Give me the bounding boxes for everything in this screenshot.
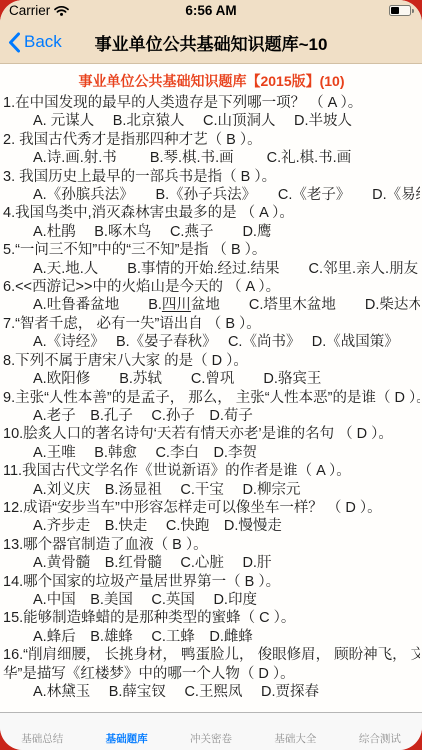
question-text: 5.“一问三不知”中的“三不知”是指 （ B ）。 [3,241,420,259]
question-text: 8.下列不属于唐宋八大家 的是（ D ）。 [3,352,420,370]
question-options: A.王唯 B.韩愈 C.李白 D.李贺 [3,444,420,462]
tab-jichu-tiku[interactable]: 基础题库 [84,713,168,750]
tab-label: 基础题库 [106,731,148,746]
wifi-icon [54,5,69,16]
tab-jichu-daquan[interactable]: 基础大全 [253,713,337,750]
chevron-left-icon [8,32,20,53]
document-title: 事业单位公共基础知识题库【2015版】(10) [3,71,420,91]
question-text: 2. 我国古代秀才是指那四种才艺（ B ）。 [3,131,420,149]
tab-label: 综合测试 [359,731,401,746]
question-item: 7.“智者千虑， 必有一失”语出自 （ B ）。A.《诗经》 B.《晏子春秋》 … [3,315,420,352]
page-title: 事业单位公共基础知识题库~10 [0,30,422,55]
question-options: A.天.地.人 B.事情的开始.经过.结果 C.邻里.亲人.朋友 [3,260,420,278]
question-text: 4.我国鸟类中,消灭森林害虫最多的是 （ A ）。 [3,204,420,222]
question-item: 14.哪个国家的垃圾产量居世界第一（ B ）。A.中国 B.美国 C.英国 D.… [3,573,420,610]
question-item: 1.在中国发现的最早的人类遗存是下列哪一项？ （ A ）。A. 元谋人 B.北京… [3,94,420,131]
question-item: 16.“削肩细腰， 长挑身材， 鸭蛋脸儿， 俊眼修眉， 顾盼神飞， 文彩精华”是… [3,646,420,701]
question-list[interactable]: 事业单位公共基础知识题库【2015版】(10) 1.在中国发现的最早的人类遗存是… [0,64,422,712]
question-text: 12.成语“安步当车”中形容怎样走可以像坐车一样？ （ D ）。 [3,499,420,517]
question-options: A.《诗经》 B.《晏子春秋》 C.《尚书》 D.《战国策》 [3,333,420,351]
question-item: 3. 我国历史上最早的一部兵书是指（ B ）。A.《孙膑兵法》 B.《孙子兵法》… [3,168,420,205]
question-item: 4.我国鸟类中,消灭森林害虫最多的是 （ A ）。A.杜鹃 B.啄木鸟 C.燕子… [3,204,420,241]
question-item: 10.脍炙人口的著名诗句‘天若有情天亦老’是谁的名句 （ D ）。A.王唯 B.… [3,425,420,462]
question-options: A.老子 B.孔子 C.孙子 D.荀子 [3,407,420,425]
tab-jichu-zongjie[interactable]: 基础总结 [0,713,84,750]
question-item: 11.我国古代文学名作《世说新语》的作者是谁（ A ）。A.刘义庆 B.汤显祖 … [3,462,420,499]
question-text: 9.主张“人性本善”的是孟子， 那么， 主张“人性本恶”的是谁（ D ）。 [3,389,420,407]
question-item: 8.下列不属于唐宋八大家 的是（ D ）。A.欧阳修 B.苏轼 C.曾巩 D.骆… [3,352,420,389]
question-options: A. 元谋人 B.北京猿人 C.山顶洞人 D.半坡人 [3,112,420,130]
question-text: 6.<<西游记>>中的火焰山是今天的 （ A ）。 [3,278,420,296]
app-screen: Carrier 6:56 AM [0,0,422,750]
question-item: 15.能够制造蜂蜡的是那种类型的蜜蜂（ C ）。A.蜂后 B.雄蜂 C.工蜂 D… [3,609,420,646]
question-options: A.诗.画.射.书 B.琴.棋.书.画 C.礼.棋.书.画 [3,149,420,167]
tab-label: 基础大全 [274,731,316,746]
question-text: 11.我国古代文学名作《世说新语》的作者是谁（ A ）。 [3,462,420,480]
question-item: 6.<<西游记>>中的火焰山是今天的 （ A ）。A.吐鲁番盆地 B.四川盆地 … [3,278,420,315]
status-right [389,5,416,16]
back-label: Back [24,32,62,52]
tab-label: 基础总结 [21,731,63,746]
question-text: 14.哪个国家的垃圾产量居世界第一（ B ）。 [3,573,420,591]
tab-bar: 基础总结基础题库冲关密卷基础大全综合测试 [0,712,422,750]
back-button[interactable]: Back [0,32,62,53]
question-options: A.蜂后 B.雄蜂 C.工蜂 D.雌蜂 [3,628,420,646]
tab-zonghe-ceshi[interactable]: 综合测试 [338,713,422,750]
question-options: A.欧阳修 B.苏轼 C.曾巩 D.骆宾王 [3,370,420,388]
question-text: 7.“智者千虑， 必有一失”语出自 （ B ）。 [3,315,420,333]
question-text: 13.哪个器官制造了血液（ B ）。 [3,536,420,554]
tab-label: 冲关密卷 [190,731,232,746]
question-item: 13.哪个器官制造了血液（ B ）。A.黄骨髓 B.红骨髓 C.心脏 D.肝 [3,536,420,573]
question-text: 16.“削肩细腰， 长挑身材， 鸭蛋脸儿， 俊眼修眉， 顾盼神飞， 文彩精 [3,646,420,664]
question-options: A.齐步走 B.快走 C.快跑 D.慢慢走 [3,517,420,535]
question-text: 10.脍炙人口的著名诗句‘天若有情天亦老’是谁的名句 （ D ）。 [3,425,420,443]
question-options: A.吐鲁番盆地 B.四川盆地 C.塔里木盆地 D.柴达木盆地 [3,296,420,314]
navigation-bar: Back 事业单位公共基础知识题库~10 [0,21,422,64]
question-item: 5.“一问三不知”中的“三不知”是指 （ B ）。A.天.地.人 B.事情的开始… [3,241,420,278]
question-item: 12.成语“安步当车”中形容怎样走可以像坐车一样？ （ D ）。A.齐步走 B.… [3,499,420,536]
tab-chongguan-mijuan[interactable]: 冲关密卷 [169,713,253,750]
battery-icon [389,5,414,16]
question-text: 华”是描写《红楼梦》中的哪一个人物（ D ）。 [3,665,420,683]
question-text: 15.能够制造蜂蜡的是那种类型的蜜蜂（ C ）。 [3,609,420,627]
question-text: 3. 我国历史上最早的一部兵书是指（ B ）。 [3,168,420,186]
carrier-label: Carrier [9,3,50,18]
battery-fill [391,7,399,14]
question-options: A.中国 B.美国 C.英国 D.印度 [3,591,420,609]
device-frame: Carrier 6:56 AM [0,0,422,750]
question-options: A.《孙膑兵法》 B.《孙子兵法》 C.《老子》 D.《易经》 [3,186,420,204]
question-item: 9.主张“人性本善”的是孟子， 那么， 主张“人性本恶”的是谁（ D ）。A.老… [3,389,420,426]
question-item: 2. 我国古代秀才是指那四种才艺（ B ）。A.诗.画.射.书 B.琴.棋.书.… [3,131,420,168]
question-options: A.刘义庆 B.汤显祖 C.干宝 D.柳宗元 [3,481,420,499]
status-bar: Carrier 6:56 AM [0,0,422,21]
question-options: A.黄骨髓 B.红骨髓 C.心脏 D.肝 [3,554,420,572]
questions-container: 1.在中国发现的最早的人类遗存是下列哪一项？ （ A ）。A. 元谋人 B.北京… [3,94,420,701]
question-options: A.杜鹃 B.啄木鸟 C.燕子 D.鹰 [3,223,420,241]
status-left: Carrier [6,3,69,18]
question-options: A.林黛玉 B.薛宝钗 C.王熙凤 D.贾探春 [3,683,420,701]
question-text: 1.在中国发现的最早的人类遗存是下列哪一项？ （ A ）。 [3,94,420,112]
battery-tip [412,9,414,13]
